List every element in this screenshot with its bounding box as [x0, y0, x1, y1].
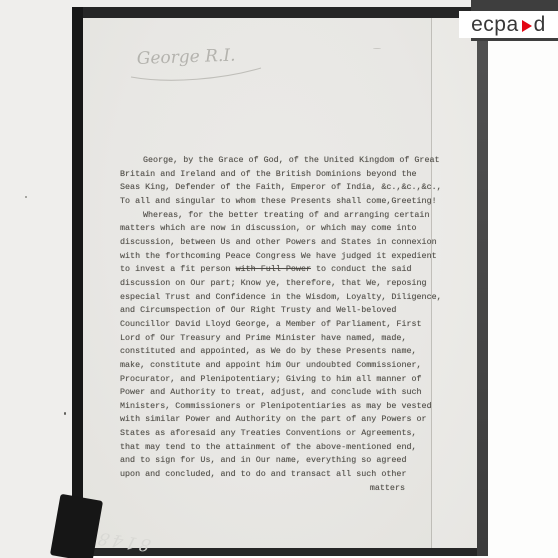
ecpad-logo: ecpa d [459, 11, 558, 38]
document-line: that may tend to the attainment of the a… [120, 441, 460, 455]
document-line: States as aforesaid any Treaties Convent… [120, 427, 460, 441]
document-line: with similar Power and Authority on the … [120, 413, 460, 427]
document-line: Councillor David Lloyd George, a Member … [120, 318, 460, 332]
document-line: Lord of Our Treasury and Prime Minister … [120, 332, 460, 346]
ecpad-logo-text-left: ecpa [471, 14, 519, 35]
archival-photo-scan: George R.I. George, by the Grace of God,… [0, 0, 558, 558]
document-line: and to sign for Us, and in Our name, eve… [120, 454, 460, 468]
signature-text: George R.I. [136, 46, 235, 69]
document-line: constituted and appointed, as We do by t… [120, 345, 460, 359]
ecpad-logo-text-right: d [534, 14, 546, 35]
film-border-left [72, 7, 83, 556]
film-border-right [477, 7, 488, 556]
struck-text: with Full Power [236, 264, 311, 274]
document-line: Whereas, for the better treating of and … [120, 209, 460, 223]
document-line: with the forthcoming Peace Congress We h… [120, 250, 460, 264]
document-line: Procurator, and Plenipotentiary; Giving … [120, 373, 460, 387]
dust-speck [64, 412, 66, 415]
document-line: discussion, between Us and other Powers … [120, 236, 460, 250]
document-line: Ministers, Commissioners or Plenipotenti… [120, 400, 460, 414]
document-line: make, constitute and appoint him Our und… [120, 359, 460, 373]
scan-background-left [0, 0, 72, 558]
document-line: Britain and Ireland and of the British D… [120, 168, 460, 182]
document-line: discussion on Our part; Know ye, therefo… [120, 277, 460, 291]
document-line: upon and concluded, and to do and transa… [120, 468, 460, 482]
document-line: especial Trust and Confidence in the Wis… [120, 291, 460, 305]
document-line: George, by the Grace of God, of the Unit… [120, 154, 460, 168]
document-line: matters [120, 482, 460, 496]
document-line: to invest a fit person with Full Power t… [120, 263, 460, 277]
paper-smudge [373, 48, 381, 49]
document-line: Power and Authority to treat, adjust, an… [120, 386, 460, 400]
typed-document-text: George, by the Grace of God, of the Unit… [120, 154, 460, 495]
royal-signature: George R.I. [128, 40, 280, 88]
scan-background-top [72, 0, 472, 7]
signature-flourish [131, 68, 261, 80]
document-line: and Circumspection of Our Right Trusty a… [120, 304, 460, 318]
play-triangle-icon [522, 20, 532, 32]
document-line: To all and singular to whom these Presen… [120, 195, 460, 209]
document-line: Seas King, Defender of the Faith, Empero… [120, 181, 460, 195]
dust-speck [25, 196, 27, 198]
document-line: matters which are now in discussion, or … [120, 222, 460, 236]
